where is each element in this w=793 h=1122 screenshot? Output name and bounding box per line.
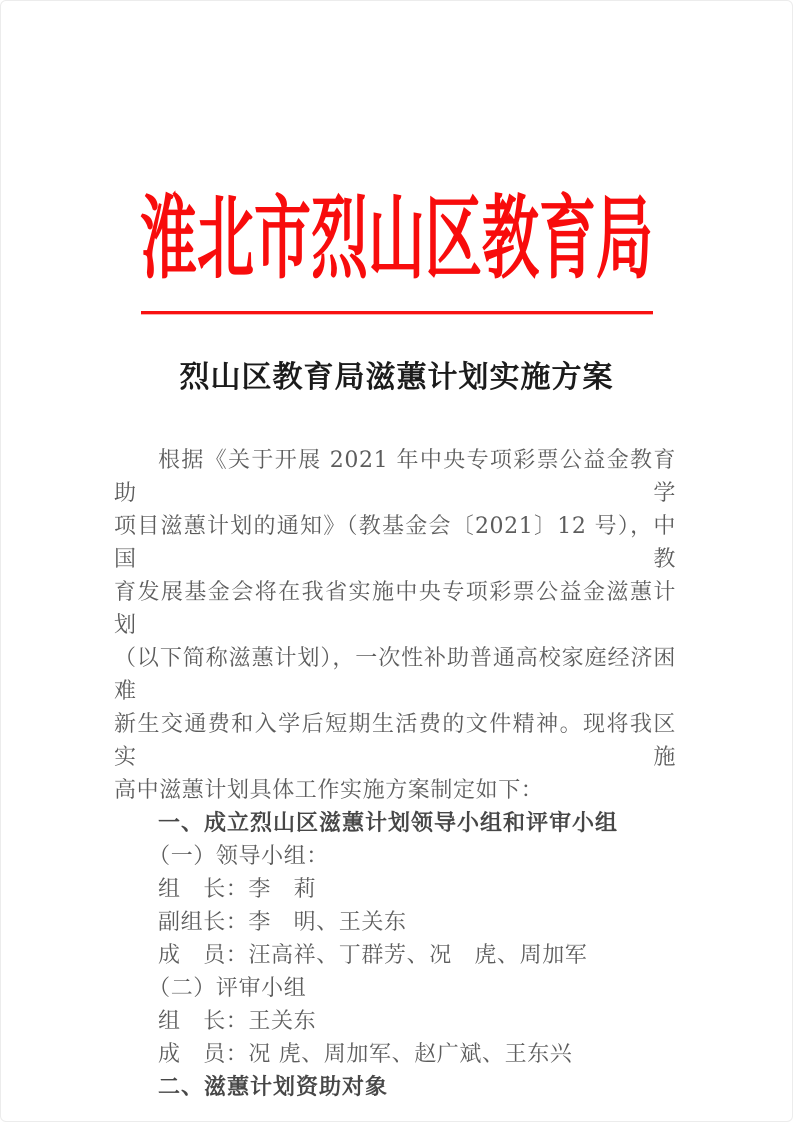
paragraph-line: 新生交通费和入学后短期生活费的文件精神。现将我区实施	[114, 708, 676, 774]
paragraph-line: （以下简称滋蕙计划），一次性补助普通高校家庭经济困难	[114, 642, 676, 708]
letterhead-org-name: 淮北市烈山区教育局	[140, 167, 653, 297]
document-title: 烈山区教育局滋蕙计划实施方案	[1, 352, 792, 396]
personnel-line: 成 员：况 虎、周加军、赵广斌、王东兴	[114, 1038, 676, 1071]
subsection-heading: （一）领导小组：	[114, 840, 676, 873]
paragraph-line: 根据《关于开展 2021 年中央专项彩票公益金教育助学	[114, 444, 676, 510]
letterhead: 淮北市烈山区教育局	[1, 167, 792, 249]
personnel-line: 组 长：王关东	[114, 1005, 676, 1038]
letterhead-divider	[141, 311, 653, 314]
paragraph-line: 项目滋蕙计划的通知》（教基金会〔2021〕12 号），中国教	[114, 510, 676, 576]
section-heading: 二、滋蕙计划资助对象	[114, 1071, 676, 1104]
document-page: 淮北市烈山区教育局 烈山区教育局滋蕙计划实施方案 根据《关于开展 2021 年中…	[0, 0, 793, 1122]
personnel-line: 成 员：汪高祥、丁群芳、况 虎、周加军	[114, 939, 676, 972]
personnel-line: 副组长：李 明、王关东	[114, 906, 676, 939]
section-heading: 一、成立烈山区滋蕙计划领导小组和评审小组	[114, 807, 676, 840]
personnel-line: 组 长：李 莉	[114, 873, 676, 906]
paragraph-line: 育发展基金会将在我省实施中央专项彩票公益金滋蕙计划	[114, 576, 676, 642]
subsection-heading: （二）评审小组	[114, 972, 676, 1005]
document-body: 根据《关于开展 2021 年中央专项彩票公益金教育助学 项目滋蕙计划的通知》（教…	[114, 444, 676, 1104]
paragraph-line: 高中滋蕙计划具体工作实施方案制定如下：	[114, 774, 676, 807]
